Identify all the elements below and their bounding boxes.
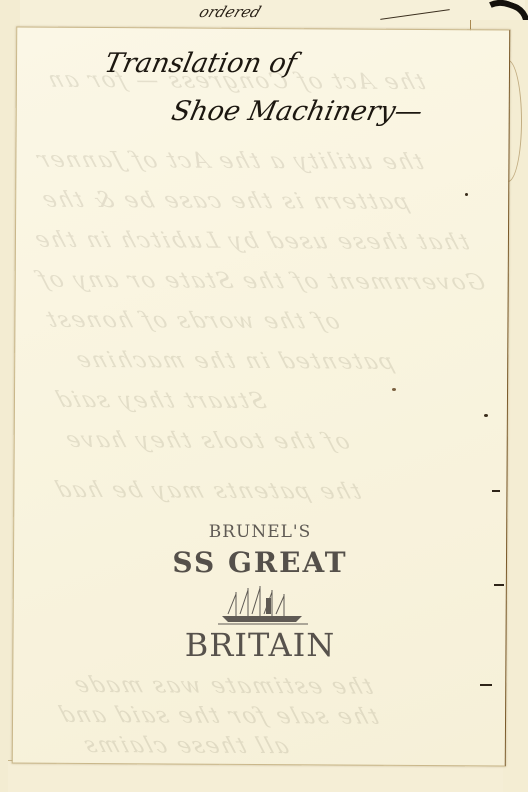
bleed-line: the estimate was made — [69, 673, 376, 700]
ink-speck — [465, 193, 468, 196]
margin-dash — [494, 584, 504, 586]
ss-great-britain-watermark: BRUNEL'S SS GREAT BRITAIN — [160, 518, 360, 668]
ink-speck — [392, 388, 396, 391]
bleed-line: Stuart they said — [51, 388, 269, 414]
bleed-line: of the words of honest — [41, 308, 342, 335]
margin-dash — [480, 684, 492, 686]
top-sheet-script: ordered — [197, 3, 264, 21]
margin-dash — [492, 490, 500, 492]
bleed-line: the utility a the Act of Janner — [32, 148, 427, 175]
bleed-line: that these used by Lubitch in the — [30, 228, 473, 256]
watermark-ss-great: SS GREAT — [160, 546, 360, 579]
watermark-britain: BRITAIN — [160, 626, 360, 664]
watermark-brunels: BRUNEL'S — [160, 522, 360, 542]
bleed-line: the patents may be had — [50, 478, 364, 505]
heading-shoe-machinery: Shoe Machinery— — [169, 96, 426, 127]
bleed-line: Government of the State or any of — [34, 268, 489, 296]
bleed-line: of the tools they have — [61, 428, 353, 455]
heading-translation-of: Translation of — [102, 48, 300, 79]
bleed-line: all these claims — [79, 733, 292, 759]
ink-speck — [484, 414, 488, 417]
steamship-icon — [218, 584, 308, 626]
bleed-line: the sale for the said and — [54, 703, 382, 730]
bleed-line: pattern is the case be & the — [37, 188, 412, 215]
bleed-line: patented in the machine — [71, 348, 397, 375]
